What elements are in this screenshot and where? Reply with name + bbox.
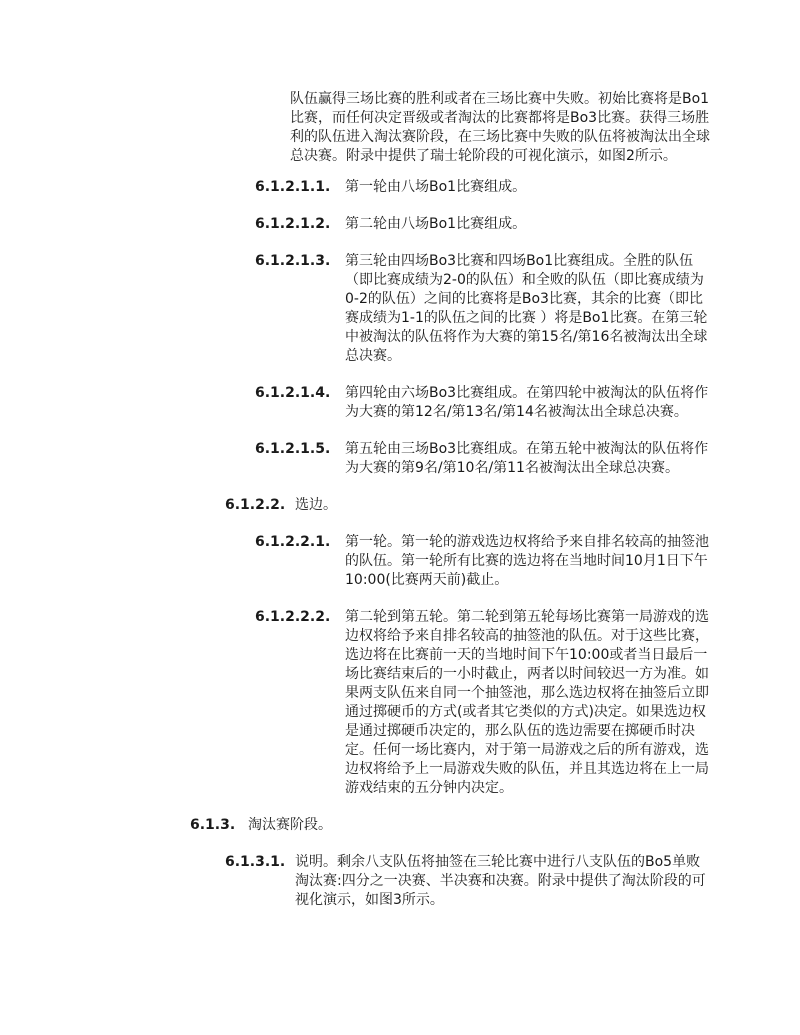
clause-text: 第五轮由三场Bo3比赛组成。在第五轮中被淘汰的队伍将作为大赛的第9名/第10名/…	[345, 440, 712, 478]
clause-number: 6.1.2.2.1.	[255, 533, 345, 590]
clause-number: 6.1.2.1.4.	[255, 384, 345, 422]
clause-text: 淘汰赛阶段。	[248, 816, 712, 835]
clause-text: 第四轮由六场Bo3比赛组成。在第四轮中被淘汰的队伍将作为大赛的第12名/第13名…	[345, 384, 712, 422]
numbered-clause: 6.1.2.2.1. 第一轮。第一轮的游戏选边权将给予来自排名较高的抽签池的队伍…	[255, 533, 712, 590]
clause-number: 6.1.2.2.2.	[255, 608, 345, 798]
clause-list: 6.1.2.1.1. 第一轮由八场Bo1比赛组成。 6.1.2.1.2. 第二轮…	[0, 178, 712, 910]
clause-number: 6.1.3.1.	[225, 853, 295, 910]
clause-text: 第二轮到第五轮。第二轮到第五轮每场比赛第一局游戏的选边权将给予来自排名较高的抽签…	[345, 608, 712, 798]
clause-text: 选边。	[295, 496, 712, 515]
clause-text: 第二轮由八场Bo1比赛组成。	[345, 215, 712, 234]
clause-text: 第一轮。第一轮的游戏选边权将给予来自排名较高的抽签池的队伍。第一轮所有比赛的选边…	[345, 533, 712, 590]
numbered-clause: 6.1.2.2. 选边。	[225, 496, 712, 515]
clause-number: 6.1.2.1.1.	[255, 178, 345, 197]
numbered-clause: 6.1.2.1.1. 第一轮由八场Bo1比赛组成。	[255, 178, 712, 197]
numbered-clause: 6.1.3. 淘汰赛阶段。	[190, 816, 712, 835]
clause-number: 6.1.3.	[190, 816, 248, 835]
numbered-clause: 6.1.2.1.5. 第五轮由三场Bo3比赛组成。在第五轮中被淘汰的队伍将作为大…	[255, 440, 712, 478]
clause-number: 6.1.2.1.3.	[255, 252, 345, 366]
numbered-clause: 6.1.2.1.2. 第二轮由八场Bo1比赛组成。	[255, 215, 712, 234]
numbered-clause: 6.1.3.1. 说明。剩余八支队伍将抽签在三轮比赛中进行八支队伍的Bo5单败淘…	[225, 853, 712, 910]
numbered-clause: 6.1.2.1.4. 第四轮由六场Bo3比赛组成。在第四轮中被淘汰的队伍将作为大…	[255, 384, 712, 422]
document-page: 队伍赢得三场比赛的胜利或者在三场比赛中失败。初始比赛将是Bo1比赛，而任何决定晋…	[0, 0, 800, 1035]
intro-paragraph: 队伍赢得三场比赛的胜利或者在三场比赛中失败。初始比赛将是Bo1比赛，而任何决定晋…	[290, 90, 711, 166]
clause-number: 6.1.2.1.2.	[255, 215, 345, 234]
clause-number: 6.1.2.1.5.	[255, 440, 345, 478]
clause-text: 说明。剩余八支队伍将抽签在三轮比赛中进行八支队伍的Bo5单败淘汰赛:四分之一决赛…	[295, 853, 712, 910]
clause-text: 第三轮由四场Bo3比赛和四场Bo1比赛组成。全胜的队伍（即比赛成绩为2-0的队伍…	[345, 252, 712, 366]
document-body: 队伍赢得三场比赛的胜利或者在三场比赛中失败。初始比赛将是Bo1比赛，而任何决定晋…	[0, 90, 712, 928]
numbered-clause: 6.1.2.1.3. 第三轮由四场Bo3比赛和四场Bo1比赛组成。全胜的队伍（即…	[255, 252, 712, 366]
clause-number: 6.1.2.2.	[225, 496, 295, 515]
clause-text: 第一轮由八场Bo1比赛组成。	[345, 178, 712, 197]
numbered-clause: 6.1.2.2.2. 第二轮到第五轮。第二轮到第五轮每场比赛第一局游戏的选边权将…	[255, 608, 712, 798]
